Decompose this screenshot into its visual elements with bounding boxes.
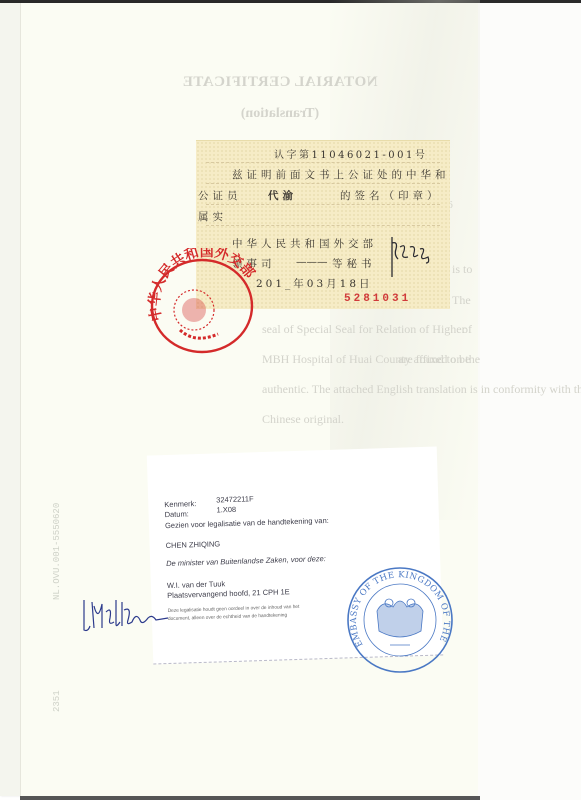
kenmerk-value: 32472211F (216, 494, 254, 504)
sticker-rule (206, 162, 440, 164)
reference-number: 认字第11046021-001号 (274, 146, 427, 161)
margin-stamp-number: 2351 (52, 690, 62, 712)
disclaimer-line-2: document, alleen over de echtheid van de… (168, 613, 287, 622)
scan-border-bottom (20, 796, 480, 800)
sticker-rule (206, 204, 440, 206)
page-left-edge (0, 3, 21, 796)
signatory-name: CHEN ZHIQING (165, 539, 220, 550)
rank: 等秘书 (332, 256, 376, 271)
handwritten-signature-icon (80, 592, 170, 637)
official-name: W.I. van der Tuuk (167, 579, 226, 590)
notary-name: 代渝 (268, 188, 297, 203)
legalization-date: 201_年03月18日 (256, 276, 373, 291)
ghost-line-5-end: are found to be (398, 352, 470, 367)
document-subtitle: (Translation) (40, 106, 520, 122)
scan-right-margin (478, 3, 581, 800)
cn-line-2-left: 公证员 (198, 188, 242, 203)
legalization-statement: Gezien voor legalisatie van de handteken… (165, 516, 329, 530)
sticker-rule (206, 225, 440, 227)
kenmerk-label: Kenmerk: (164, 499, 196, 509)
ghost-line-7: Chinese original. (262, 412, 344, 427)
blank-line: ——— (296, 256, 328, 268)
ghost-line-4: seal of Special Seal for Relation of Hig… (262, 322, 466, 337)
ghost-line-1: is to (452, 262, 472, 277)
datum-value: 1.X08 (216, 505, 236, 515)
blue-embassy-seal-icon: EMBASSY OF THE KINGDOM OF THE NETHERLAND… (345, 565, 455, 675)
minister-line: De minister van Buitenlandse Zaken, voor… (166, 554, 326, 568)
ghost-line-6: authentic. The attached English translat… (262, 382, 581, 397)
cn-line-2-right: 的签名（印章） (340, 188, 442, 203)
cn-line-1: 兹证明前面文书上公证处的中华和 (232, 167, 450, 182)
margin-stamp-vertical: NL.OVU.001-5550620 (52, 503, 62, 600)
cn-line-3: 属实 (198, 209, 227, 224)
datum-label: Datum: (165, 509, 189, 519)
official-signature-icon (386, 233, 436, 283)
serial-number: 5281031 (344, 293, 411, 305)
red-ministry-seal-icon: 中华人民共和国外交部 (140, 248, 262, 356)
sticker-rule (206, 183, 440, 185)
ghost-line-2: The (452, 293, 471, 308)
document-title: NOTARIAL CERTIFICATE (40, 74, 520, 91)
